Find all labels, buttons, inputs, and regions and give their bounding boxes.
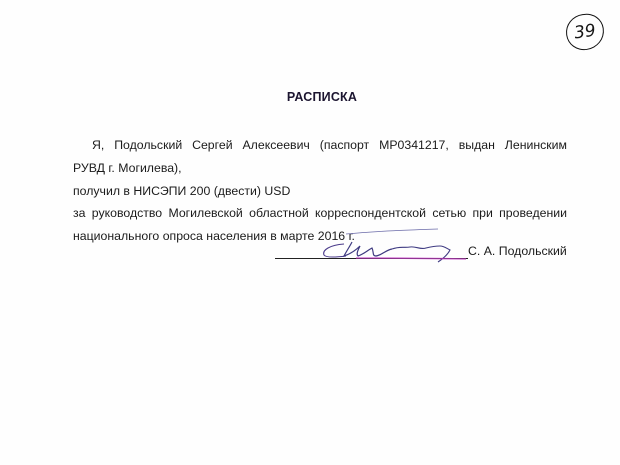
handwritten-page-number: 39 [564,12,607,53]
scanned-receipt-page: 39 РАСПИСКА Я, Подольский Сергей Алексее… [0,0,620,465]
signer-name: С. А. Подольский [468,244,567,259]
document-title: РАСПИСКА [0,90,620,104]
body-line-1: Я, Подольский Сергей Алексеевич (паспорт… [92,138,567,153]
handwritten-signature-icon [316,228,466,264]
body-line-3: получил в НИСЭПИ 200 (двести) USD [73,184,567,199]
page-number-text: 39 [573,21,597,44]
body-line-2: РУВД г. Могилева), [73,161,567,176]
body-line-4: за руководство Могилевской областной кор… [73,206,567,221]
